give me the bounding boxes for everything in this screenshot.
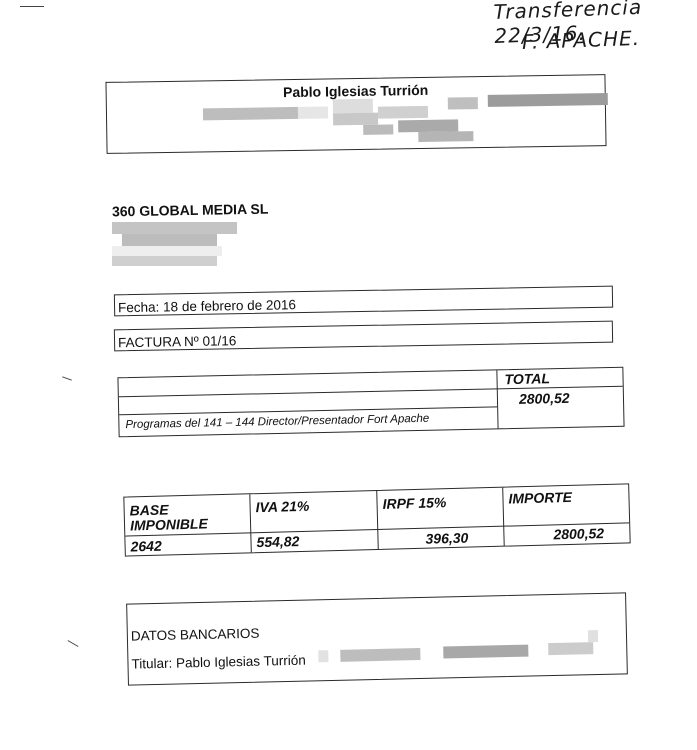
bank-title: DATOS BANCARIOS: [131, 626, 260, 644]
header-iva: IVA 21%: [255, 498, 309, 515]
invoice-number: FACTURA Nº 01/16: [118, 333, 236, 350]
value-iva: 554,82: [256, 533, 299, 550]
concept-table: TOTAL 2800,52 Programas del 141 – 144 Di…: [117, 367, 624, 438]
total-value: 2800,52: [519, 390, 570, 407]
invoice-number-box: FACTURA Nº 01/16: [114, 321, 613, 352]
account-holder: Titular: Pablo Iglesias Turrión: [131, 653, 306, 672]
header-importe: IMPORTE: [508, 489, 572, 507]
issuer-box: Pablo Iglesias Turrión: [105, 74, 606, 154]
total-header: TOTAL: [504, 370, 550, 387]
bank-details-box: DATOS BANCARIOS Titular: Pablo Iglesias …: [126, 592, 628, 685]
tax-table: BASE IMPONIBLE IVA 21% IRPF 15% IMPORTE …: [123, 483, 630, 556]
value-importe: 2800,52: [553, 525, 604, 542]
value-irpf: 396,30: [425, 530, 468, 547]
concept-description: Programas del 141 – 144 Director/Present…: [125, 413, 429, 431]
header-irpf: IRPF 15%: [382, 494, 446, 512]
scan-mark: [20, 6, 44, 7]
header-base-imponible: BASE IMPONIBLE: [129, 501, 230, 534]
scan-mark: [62, 376, 72, 380]
scan-mark: [68, 640, 79, 647]
handwritten-note-apache: F. APACHE.: [522, 26, 641, 54]
invoice-date: Fecha: 18 de febrero de 2016: [118, 297, 296, 315]
client-name: 360 GLOBAL MEDIA SL: [112, 201, 269, 220]
value-base-imponible: 2642: [130, 538, 162, 555]
date-box: Fecha: 18 de febrero de 2016: [114, 286, 613, 317]
